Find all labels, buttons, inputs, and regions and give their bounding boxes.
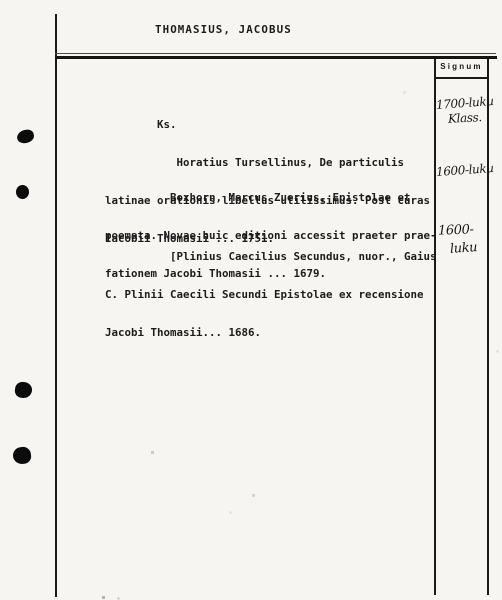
signum-column-header: Signum: [434, 62, 489, 71]
hole-punch-mark-2: [16, 185, 29, 199]
signum-annotation-entry-3-line-1: 1600-: [438, 223, 474, 238]
scan-noise-specks: [0, 0, 1, 1]
entry-3-line-2: C. Plinii Caecili Secundi Epistolae ex r…: [105, 289, 437, 302]
hole-punch-mark-1: [16, 128, 35, 144]
entry-3-line-3: Jacobi Thomasii... 1686.: [105, 327, 437, 340]
table-top-rule-thin: [55, 53, 496, 54]
signum-annotation-entry-1-line-1: 1700-luku: [436, 94, 494, 112]
card-heading: THOMASIUS, JACOBUS: [155, 24, 292, 37]
entry-2-line-1: Boxhorn, Marcus Zuerius, Epistolae et: [105, 192, 437, 205]
signum-annotation-entry-2-line-1: 1600-luku: [436, 161, 494, 179]
entry-3-line-1: [Plinius Caecilius Secundus, nuor., Gaiu…: [105, 251, 437, 264]
hole-punch-mark-4: [12, 446, 32, 465]
catalog-entry-3: [Plinius Caecilius Secundus, nuor., Gaiu…: [105, 226, 437, 365]
left-margin-rule: [55, 14, 57, 597]
signum-annotation-entry-1-line-2: Klass.: [448, 110, 482, 126]
signum-annotation-entry-3-line-2: luku: [450, 241, 478, 257]
catalog-card-scan: THOMASIUS, JACOBUS Signum Ks. Horatius T…: [0, 0, 502, 600]
table-top-rule-thick: [55, 56, 497, 59]
signum-header-bottom-rule: [434, 77, 489, 79]
hole-punch-mark-3: [14, 381, 33, 399]
entry-1-line-1: Ks.: [105, 119, 430, 132]
signum-column-right-rule: [487, 59, 489, 595]
